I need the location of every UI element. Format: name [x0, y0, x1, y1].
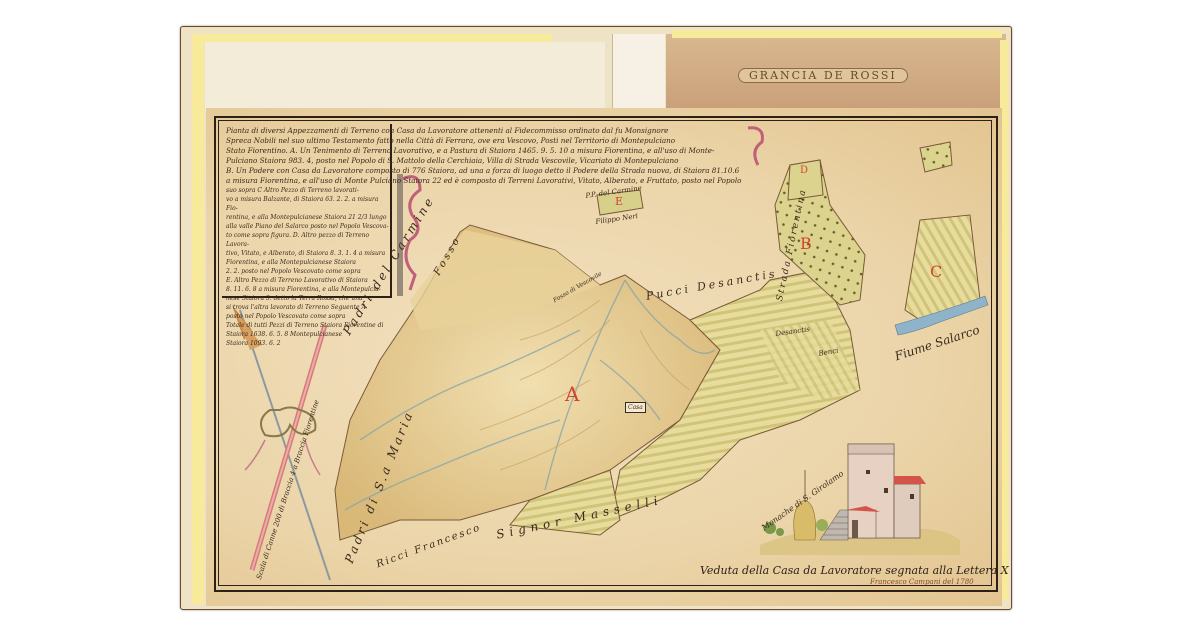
legend-line: Stato Fiorentino. A. Un Tenimento di Ter… — [226, 146, 746, 156]
legend-side-line: E. Altro Pezzo di Terreno Lavorativo di … — [226, 276, 392, 285]
legend-line: Pulciano Staiora 983. 4, posto nel Popol… — [226, 156, 746, 166]
plot-letter-a: A — [565, 382, 579, 406]
legend-side-line: suo sopra C Altro Pezzo di Terreno lavor… — [226, 186, 392, 195]
label-casa-marker: Casa — [625, 402, 646, 413]
legend-side-line: rentina, e alla Montepulcianese Staiora … — [226, 213, 392, 222]
legend-side-line: Staiora 1638. 6. 5. 8 Montepulcianese — [226, 330, 392, 339]
vignette-caption: Veduta della Casa da Lavoratore segnata … — [700, 564, 1009, 577]
legend-side-line: Totale di tutti Pezzi di Terreno Staiora… — [226, 321, 392, 330]
legend-line: B. Un Podere con Casa da Lavoratore comp… — [226, 166, 746, 176]
plot-letter-d: D — [800, 165, 808, 176]
signature: Francesco Campani del 1780 — [870, 578, 974, 586]
legend-side-line: tivo, Vitato, e Alberato, di Staiora 8. … — [226, 249, 392, 258]
plot-letter-b: B — [800, 234, 812, 253]
plot-letter-e: E — [615, 195, 623, 208]
plot-letter-c: C — [930, 262, 942, 281]
legend-side-line: alla valle Piano del Salarco posto nel P… — [226, 222, 392, 231]
legend-line: Pianta di diversi Appezzamenti di Terren… — [226, 126, 746, 136]
legend-side-line: vo a misura Balzante, di Staiora 63. 2. … — [226, 195, 392, 213]
legend-side-line: to come sopra figura. D. Altro pezzo di … — [226, 231, 392, 249]
legend-side-line: posto nel Popolo Vescovato come sopra — [226, 312, 392, 321]
legend-line: a misura Fiorentina, e all'uso di Monte … — [226, 176, 746, 186]
legend-line: Spreca Nobili nel suo ultimo Testamento … — [226, 136, 746, 146]
legend-side-line: 2. 2. posto nel Popolo Vescovato come so… — [226, 267, 392, 276]
legend-side-text: suo sopra C Altro Pezzo di Terreno lavor… — [226, 186, 392, 348]
legend-side-line: Staiora 1093. 6. 2 — [226, 339, 392, 348]
legend-header: Pianta di diversi Appezzamenti di Terren… — [226, 126, 746, 186]
legend-side-line: Fiorentina, e alla Montepulcianese Staio… — [226, 258, 392, 267]
